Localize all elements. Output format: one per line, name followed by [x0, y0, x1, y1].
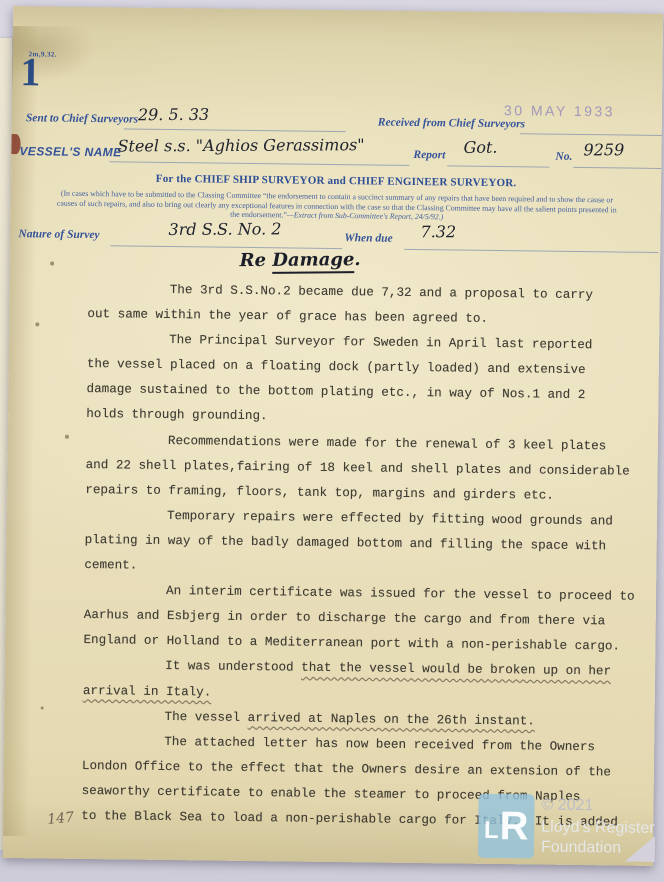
pencil-underlined-text: arrived at Naples on the 26th instant. [248, 711, 535, 729]
received-from-label: Received from Chief Surveyors [378, 117, 525, 131]
nature-of-survey-value: 3rd S.S. No. 2 [168, 219, 281, 239]
number-label: No. [555, 151, 572, 163]
when-due-label: When due [344, 232, 392, 245]
form-fine-print: (In cases which have to be submitted to … [57, 189, 617, 225]
ink-speck [50, 262, 54, 266]
ink-speck [41, 706, 44, 709]
ink-speck [65, 435, 69, 439]
paper-fold-corner [625, 836, 655, 862]
fine-print-source: —Extract from Sub-Committee's Report, 24… [287, 211, 444, 222]
report-port-value: Got. [463, 138, 497, 157]
vessel-name-value: Steel s.s. "Aghios Gerassimos" [117, 135, 364, 155]
field-rule [404, 249, 658, 253]
ink-speck [35, 322, 39, 326]
page-number: 1 [20, 52, 40, 92]
subject-prefix: Re [240, 250, 267, 271]
vessel-name-label: VESSEL'S NAME [19, 144, 121, 159]
subject-period: . [354, 249, 360, 270]
field-rule [447, 165, 549, 167]
field-rule [124, 128, 346, 132]
received-date-stamp: 30 MAY 1933 [504, 102, 615, 119]
when-due-value: 7.32 [420, 222, 456, 241]
report-number-value: 9259 [583, 140, 624, 159]
form-heading: For the CHIEF SHIP SURVEYOR and CHIEF EN… [11, 171, 661, 191]
sent-to-label: Sent to Chief Surveyors [26, 112, 138, 125]
pencil-page-number: 147 [47, 810, 75, 828]
nature-of-survey-label: Nature of Survey [18, 228, 99, 241]
typed-body: The 3rd S.S.No.2 became due 7,32 and a p… [81, 277, 654, 836]
subject-word: Damage [272, 249, 354, 274]
pencil-underlined-text: that the vessel would be broken up on he… [301, 661, 611, 679]
pencil-underlined-text: arrival in Italy. [83, 683, 212, 699]
subject-line: Re Damage. [180, 249, 420, 272]
sent-date-value: 29. 5. 33 [138, 105, 209, 124]
watermark-org-name: Foundation [541, 839, 621, 858]
field-rule [109, 161, 409, 166]
field-rule [520, 133, 662, 136]
photo-background: 2m,9.32. 1 30 MAY 1933 Sent to Chief Sur… [0, 0, 664, 882]
document-paper: 2m,9.32. 1 30 MAY 1933 Sent to Chief Sur… [3, 6, 663, 866]
field-rule [573, 167, 661, 169]
report-label: Report [413, 149, 445, 161]
